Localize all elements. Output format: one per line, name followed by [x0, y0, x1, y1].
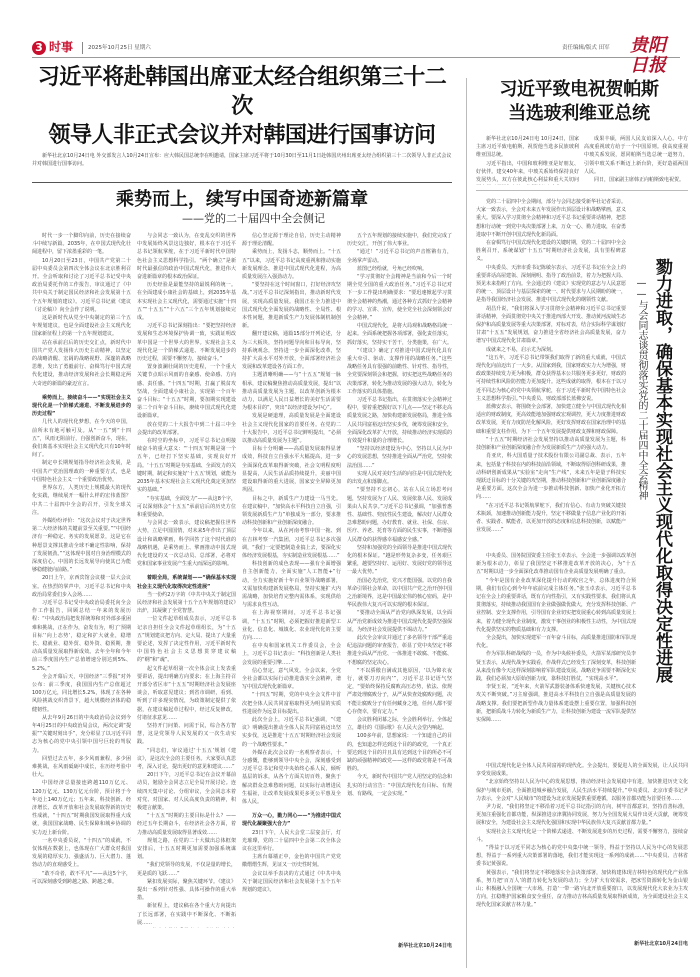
section-subhead: 乘势而上，接续奋斗——“实现社会主义现代化是一个阶梯式递进、不断发展进步的历史过…: [32, 394, 131, 419]
paragraph: 作为军队科研战线的一员，作为中央候补委员，火箭军某部研究员李贤玉表示，从现代战争…: [476, 650, 636, 683]
paragraph: 信心坚定源于理论自信，历史主动精神源于理论清醒。: [242, 232, 341, 248]
vertical-story-column-b: 中国式现代化是全体人民共同富裕的现代化。全会提出，要促进人的全面发展，让人民共同…: [476, 762, 688, 934]
paragraph: 李贤玉说，“近年来，火箭军武器装备体系快速发展，关键核心技术攻关不断突破。”习主…: [476, 683, 636, 724]
paragraph: 历史经验是最能坚持的最锐利的统一。在全面建成小康社会的基础上，到2035年基本实…: [137, 281, 236, 322]
paragraph: 坚持开门问策、问需于民，综合各方智慧，这是党领导人民发展的又一次生动实践。: [137, 722, 236, 747]
paragraph: 几代人的现代化梦想，在今天的中国，前所未有地可触可及。从“一五”到“十四五”，风…: [32, 418, 131, 459]
lead-headline: 习近平将赴韩国出席亚太经合组织第三十二次 领导人非正式会议并对韩国进行国事访问: [32, 63, 452, 150]
paragraph: 同日，国家副主席韩正向帕斯致电祝贺。: [584, 176, 688, 184]
paragraph: 外媒纷纷评价：“这次会议对于决定世界第二大经济体的关键前景至关重要。”“中国经济…: [32, 517, 131, 574]
paragraph: 与会同志一致认为，在变乱交织的世界中发展始终风景这边独好，根本在于习近平总书记领…: [137, 232, 236, 281]
paragraph: 蓝图已经绘就，号角已经吹响。: [347, 265, 452, 273]
side-headline-line-2: 当选玻利维亚总统: [474, 102, 684, 126]
paragraph: 今年以来，从在河南考察中国一拖、到在吉林考察一汽集团，习近平总书记多次强调，“我…: [242, 527, 341, 560]
paragraph: 外媒在此次会议的一名观察者表示，十分感慨，能够到领导中央全会，深刻感受到习近平总…: [242, 749, 341, 806]
paragraph: 站在承前启后的历史交汇点，新时代中国共产党人发扬伟大历史主动精神，以坚定的战略清…: [32, 339, 131, 388]
paragraph: 主席台幕墙正中，金色的中国共产党党徽熠熠生辉，见证又一历史性时刻。: [242, 853, 341, 869]
paragraph: 此次全会上，习近平总书记强调，“《建议》明确提出推动全体人民共同富裕迈出坚实步伐…: [242, 716, 341, 749]
paragraph: “十四五”时期，党的中央全会文件中首次把全体人民共同富裕取得更为明显的实质性进展…: [242, 691, 341, 716]
paragraph: 习近平总书记受中央政治局委托向全会作工作报告，回顾总结一年来的发展历程：“中央政…: [32, 599, 131, 673]
paragraph: “同志们，审议通过‘十五五’规划《建议》，是这次全会的主要任务。大家要认真思考，…: [137, 747, 236, 772]
paragraph: 20日下午，习近平总书记在会议开幕前动员，勉励全会同志立足全局开展讨论。连续四天…: [137, 771, 236, 812]
paragraph: 新征程上，建议稿在各个重大方向提出了长远部署，在实践中不断深化、不断拓展……: [137, 902, 236, 927]
paragraph: “敢不奇者，敢不平凡”——从这5个字，可以深刻感受到跨越之路、跨越之难。: [32, 870, 131, 886]
paragraph: 习近平总书记指出，在贯彻落实全会精神过程中，要着重把握好以下几点——坚定不移走高…: [347, 396, 452, 445]
paragraph: 目标之中，新质生产力建设一马当先。在建议稿中，“加快高水平科技自立自强，引领发展…: [242, 495, 341, 528]
paragraph: 全会开幕后天，中国经济“三季报”对外公布：前三季度，我国国内生产总值超过100万…: [32, 673, 131, 714]
paragraph: 20日上午，京西宾馆会议楼一层大会议室。在热烈的掌声中，习近平总书记和中央政治局…: [32, 574, 131, 599]
issue-date: 2025年10月25日 星期六: [88, 43, 151, 53]
paragraph: 中国式现代化，是将大局观和战略格局统一起来。全面系统把握各项部署，强化责任落实，…: [347, 322, 452, 347]
lead-divider: [32, 182, 452, 183]
newspaper-masthead: 贵阳日报: [630, 36, 680, 76]
vertical-story-subtitle: ——与会同志谈贯彻落实党的二十届四中全会精神: [633, 278, 647, 500]
paragraph: “北京始终坚持以人民为中心的发展思想，推动经济社会发展稳中有进，加快推进历史文化…: [476, 778, 688, 803]
paragraph: “坚持以经济建设为中心，坚持以人民为中心的发展思想，坚持推进全面从严治党，坚持依…: [347, 445, 452, 470]
lead-body: 新华社北京10月24日电 外交部发言人10月24日宣布：应大韩民国总统李在明邀请…: [32, 152, 452, 168]
paragraph: “在习近平总书记领航掌舵下，我们有信心、有动力突破关键技术瓶颈，加速推动创新能力…: [476, 502, 626, 535]
paragraph: “今年是国有企业改革深化提升行动的收官之年，总体进度符合预期，我们有信心到今年年…: [476, 577, 636, 634]
paragraph: 发展是硬道理，高质量发展是全面建设社会主义现代化国家的首要任务。在党的二十大报告…: [242, 412, 341, 445]
section-divider: [476, 190, 688, 191]
paragraph: 此次全会审议并通过了多名领导干部严重违纪违法问题的审查报告，彰显了党中央坚定不移…: [347, 634, 452, 667]
paragraph: 黄强表示，“我们将坚定不移地落实全会决策部署，加快构建体现吉林特色的现代化产业体…: [476, 869, 688, 910]
paragraph: 习近平总书记深刻指出：“要把坚持经济发展和生态环境保护协调一致，实践证明改革中国…: [137, 322, 236, 363]
paragraph: 100多年前，思想家说：一个知道自己的目的，也知道怎样达到这个目的的政党，一个真…: [347, 732, 452, 773]
feature-column-2: 与会同志一致认为，在变乱交织的世界中发展始终风景这边独好，根本在于习近平总书记领…: [137, 232, 236, 928]
paragraph: 制定中长期规划指导经济社会发展，是中国共产党治国理政的一种重要方式，也是中国特色…: [32, 459, 131, 484]
column-divider: [466, 78, 467, 968]
paragraph: 回望过去五年，多少风雨兼程，多少困难挑战，在风雨砥砺中成长，在历经考验中壮大。: [32, 755, 131, 780]
vertical-story-title: 勠力进取，确保基本实现社会主义现代化取得决定性进展: [650, 258, 672, 683]
section-subhead: 万众一心，勠力同心——“为推进中国式现代化凝聚强大合力”: [242, 812, 341, 828]
paragraph: 23日下午，人民大会堂二层宴会厅，灯光璀璨，党的二十届四中全会第二次全体会议在这…: [242, 829, 341, 854]
feature-title: 乘势而上，续写中国奇迹新篇章: [32, 188, 452, 212]
paragraph: 一名中央委员说，“十四五”的成就，不仅体现在数据上，也体现在广大群众对我国发展的…: [32, 837, 131, 870]
paragraph: 一位中央候补委员表示，建议稿对未来发展方向进行了精心描绘，开出了切中要害的方子，…: [137, 927, 236, 928]
paragraph: 中央委员、国务院国资委主任张玉卓表示，全会进一步强调以改革创新为根本动力，彰显了…: [476, 552, 636, 577]
paragraph: 实现社会主义现代化是一个阶梯式递进、不断发展进步的历史过程，需要不懈努力，接续奋…: [476, 828, 688, 844]
paragraph: 全会提出，加快实现建军一百年奋斗目标，高质量推进国防和军队现代化。: [476, 634, 636, 650]
paragraph: 在奋楫笃行中国式现代化建设的关键时期，党的二十届四中全会胜利召开，系统谋划“十五…: [476, 239, 626, 264]
paragraph: 在中央和国家机关工作委员会，全会上，习近平总书记表示：“科技创新是人类社会发展的…: [242, 642, 341, 667]
lead-headline-line-2: 领导人非正式会议并对韩国进行国事访问: [32, 121, 452, 150]
paragraph: 实现人民对美好生活的向往是中国式现代化的出发点和落脚点。: [347, 470, 452, 486]
paragraph: 在时空的坐标中，习近平总书记点明接续奋斗的重大意义：“‘十四五’时期是第一个五年…: [137, 437, 236, 494]
paragraph: 世界东方，人类历史上规模最大的现代化实践，继续展开一幅什么样的宏伟蓝图？中共二十…: [32, 484, 131, 517]
paragraph: 胡昌升说，“我们将深入学习贯彻全会精神和习近平总书记重要讲话精神，全面贯彻党中央…: [476, 305, 626, 346]
section-subhead: 着眼全局，系统谋划——“确保基本实现社会主义现代化取得决定性进展”: [137, 574, 236, 590]
paragraph: 成果丰硕，两国人民友谊深入人心。中方高度重视玻方给于一个中国原则。我高度重视中玻…: [584, 135, 688, 176]
paragraph: 时代一步一个脚印向前，历史在接续奋斗中续写新篇。2035年，在中国式现代化壮阔进…: [32, 232, 131, 257]
paragraph: 会议胜利闭幕之际，全会胜利举行。全体起立，雄壮的《国际歌》在人民大会堂内响起。: [347, 716, 452, 732]
paragraph: “夯实基础，全面发力”——从这8个字，可以深刻体会“十五五”承前启后的历史方位和…: [137, 495, 236, 520]
paragraph: 会议以举手表决的方式通过《中共中央关于制定国民经济和社会发展第十五个五年规划的建…: [242, 870, 341, 895]
paragraph: 10月20日至23日，中国共产党第二十届中央委员会第四次全体会议在北京胜利召开。…: [32, 257, 131, 314]
paragraph: 习近平指出，中国和玻利维亚是好朋友、好伙伴。建交40年来，中玻关系始终保持良好发…: [476, 160, 579, 185]
side-story-column-2: 成果丰硕，两国人民友谊深入人心。中方高度重视玻方给于一个中国原则。我高度重视中玻…: [584, 135, 688, 185]
feature-subtitle: ——党的二十届四中全会侧记: [32, 212, 452, 226]
feature-column-4: 五个五年规划的接续实施中，我们党完成了历史交汇，开创了伟大事业。 “通过！”习近…: [347, 232, 452, 938]
paragraph: 主题清晰明确——与“十五五”规划一脉相承，建议稿聚焦推动高质量发展，提出“以推动…: [242, 371, 341, 412]
paragraph: 乘势而上，发扬斗志，顺势而上。“十五五”以来，习近平总书记高度重视和推动实施新发…: [242, 248, 341, 281]
feature-signoff: 新华社北京10月24日电: [347, 942, 452, 949]
paragraph: “要坚持不忘初心，站在人民立场思考问题，坚持发展为了人民、发展依靠人民、发展成果…: [347, 486, 452, 543]
header-divider: [82, 42, 83, 54]
section-label: 时事: [49, 40, 73, 55]
paragraph: 五个五年规划的接续实施中，我们党完成了历史交汇，开创了伟大事业。: [347, 232, 452, 248]
page-header: 3 时事 2025年10月25日 星期六 责任编辑/版式 田军 贵阳日报: [32, 40, 680, 58]
paragraph: 中国经济总量接连跨越110万亿元、120万亿元、130万亿元台阶，预计将于今年迈…: [32, 779, 131, 836]
side-story-column-1: 新华社北京10月24日电 10月24日，国家主席习近平致电帕斯，祝贺他当选多民族…: [476, 135, 579, 185]
paragraph: “不以骄傲自满或其他原因，‘以为锦衣夜行，就要刀刃向内’”，习近平总书记语气坚定…: [347, 667, 452, 716]
paragraph: 目标十分明确——高质量发展取得显著成效，科技自立自强水平大幅提高，进一步全面深化…: [242, 445, 341, 494]
editor-credit: 责任编辑/版式 田军: [562, 43, 610, 53]
paragraph: 蓝佛安表示，将围绕全会部署，加快建立健全与中国式现代化相适应的财政制度，更高效能…: [476, 403, 626, 436]
lead-headline-line-1: 习近平将赴韩国出席亚太经合组织第三十二次: [32, 63, 452, 121]
page-number-badge: 3: [32, 41, 46, 55]
paragraph: 党的二十届四中全会期间，部分与会同志接受新华社记者采访。大家一致表示，全会对未来…: [476, 198, 626, 239]
paragraph: 从去年9月26日的中央政治局会议到今年4月25日的中央政治局会议，两次定调“提振…: [32, 714, 131, 755]
paragraph: 尹力说，“我们将坚定不移沿着习近平总书记指引的方向，树牢首都意识，坚持首善标准，…: [476, 803, 688, 828]
paragraph: 肖亚庆，科大国盾量子技术股份有限公司副总裁、表示，五年来，包括量子科技在内的科技…: [476, 452, 626, 501]
feature-column-3: 信心坚定源于理论自信，历史主动精神源于理论清醒。 乘势而上，发扬斗志，顺势而上。…: [242, 232, 341, 928]
vertical-story-signoff: 新华社北京10月24日电: [476, 940, 688, 947]
paragraph: 中国式现代化是全体人民共同富裕的现代化。全会提出，要促进人的全面发展，让人民共同…: [476, 762, 688, 778]
newspaper-page: 3 时事 2025年10月25日 星期六 责任编辑/版式 田军 贵阳日报 习近平…: [0, 0, 700, 977]
paragraph: “这五年，习近平总书记带领我们取得了新的重大成就，中国式现代化向前迈出了一大步。…: [476, 354, 626, 403]
paragraph: 当一份约2万字的《中共中央关于制定国民经济和社会发展第十五个五年规划的建议》出炉…: [137, 591, 236, 616]
paragraph: 在上海视察期间，习近平总书记强调，“十五五”时期，必须把握好推进新型工业化、信息…: [242, 609, 341, 642]
paragraph: 规划之路，在党的二十大做出总体框架安排后，十五五时期更加需要加强系统谋划。: [137, 837, 236, 862]
paragraph: 治国必先治党，党兴才能国强。以党的自我革命引领社会革命，以中国共产党之治开创中国…: [347, 577, 452, 610]
paragraph: 成就来之不易，启示尤为深刻。: [476, 346, 626, 354]
paragraph: 与会同志一致表示，建议稿把握住世界大势，立足中国国情，对未来5年作出了顶层设计和…: [137, 519, 236, 568]
side-headline-line-1: 习近平致电祝贺帕斯: [474, 78, 684, 102]
paragraph: “通过！”习近平总书记的声音铿锵有力，全场掌声雷动。: [347, 248, 452, 264]
paragraph: 翻开建议稿，通篇15部分开列论述，分为三大板块，坚持问题导向和目标导向，坚持系统…: [242, 330, 341, 371]
paragraph: 紧扣发展实际，聚焦关键环节。《建议》提出一系列针对性强、具体可操作的重大举措。: [137, 878, 236, 903]
paragraph: 信心坚定，意气风发。全会以来，全党全社会都以实际行动推进落实全会精神，谱写中国式…: [242, 667, 341, 692]
paragraph: 这是新时代从党全中央制定的第三个五年规划建议，也是全面建设社会主义现代化国家新征…: [32, 314, 131, 339]
side-headline: 习近平致电祝贺帕斯 当选玻利维亚总统: [474, 78, 684, 126]
paragraph: “十五五”时期经济社会发展坚持以推动高质量发展为主题，科技创新和产业创新深度融合…: [476, 436, 626, 452]
paragraph: 新华社北京10月24日电 10月24日，国家主席习近平致电帕斯，祝贺他当选多民族…: [476, 135, 579, 160]
paragraph: “要坚持在这个时间窗口，打好经济攻坚战。”习近平总书记深刻指出，推动新时代发展，…: [242, 281, 341, 330]
paragraph: 置身波澜壮阔的历史进程，一个个重大关键节点昭示风雨的自豪感、使命感、方向感、责任…: [137, 363, 236, 420]
paragraph: “要推动全面从严治党向纵深发展，以全面从严治党新成效为推进中国式现代化提供坚强保…: [347, 609, 452, 634]
paragraph: 科技创新的成色表现——强有全面增强自主创新能力，全面实施“人工智能+”行动，全力…: [242, 560, 341, 609]
paragraph: 今天，新时代中国共产党人用坚定的信念和扎实的行动宣告：“中国式现代化有目标、有规…: [347, 773, 452, 798]
paragraph: “我们党领导的发展，不仅是量的增长，更是质的飞跃……”: [137, 861, 236, 877]
paragraph: 一位文件起草组成员表示，习近平总书记亲自担任全会文件起草组组长，为“十五五”规划…: [137, 615, 236, 664]
paragraph: 放在党的二十大报告中到二十届三中全会提出的改革部署。: [137, 421, 236, 437]
feature-column-1: 时代一步一个脚印向前，历史在接续奋斗中续写新篇。2035年，在中国式现代化壮阔进…: [32, 232, 131, 928]
paragraph: “《建议》确定了对推进中国式现代化具有重大牵引、驱动、支撑作用的战略任务。”这些…: [347, 347, 452, 396]
paragraph: “得益于以习近平同志为核心的党中央集中统一领导，得益于坚持以人民为中心的发展思想…: [476, 844, 688, 869]
paragraph: 中央委员、天津市委书记陈敏尔表示，习近平总书记在全会上的重要讲话高屋建瓴、深刻阐…: [476, 264, 626, 305]
vertical-story-column-a: 中央委员、国务院国资委主任张玉卓表示，全会进一步强调以改革创新为根本动力，彰显了…: [476, 552, 636, 760]
vertical-story-intro: 党的二十届四中全会期间，部分与会同志接受新华社记者采访。大家一致表示，全会对未来…: [476, 198, 626, 550]
paragraph: “十五五”时期的主要目标是什么？——经过五年长期奋斗，在经济社会各方面，着力推动…: [137, 812, 236, 837]
paragraph: “学习贯彻好全会精神是当前和今后一个时期全党全国的重大政治任务。”习近平总书记对…: [347, 273, 452, 322]
paragraph: 坚持和加强党的全面领导是推进中国式现代化的根本保证。“越是形势复杂多变，任务艰巨…: [347, 544, 452, 577]
paragraph: 起文件起草组第一次全体会议上发表重要讲话，提出明确方向要求；在上海主持召开部分省…: [137, 665, 236, 722]
